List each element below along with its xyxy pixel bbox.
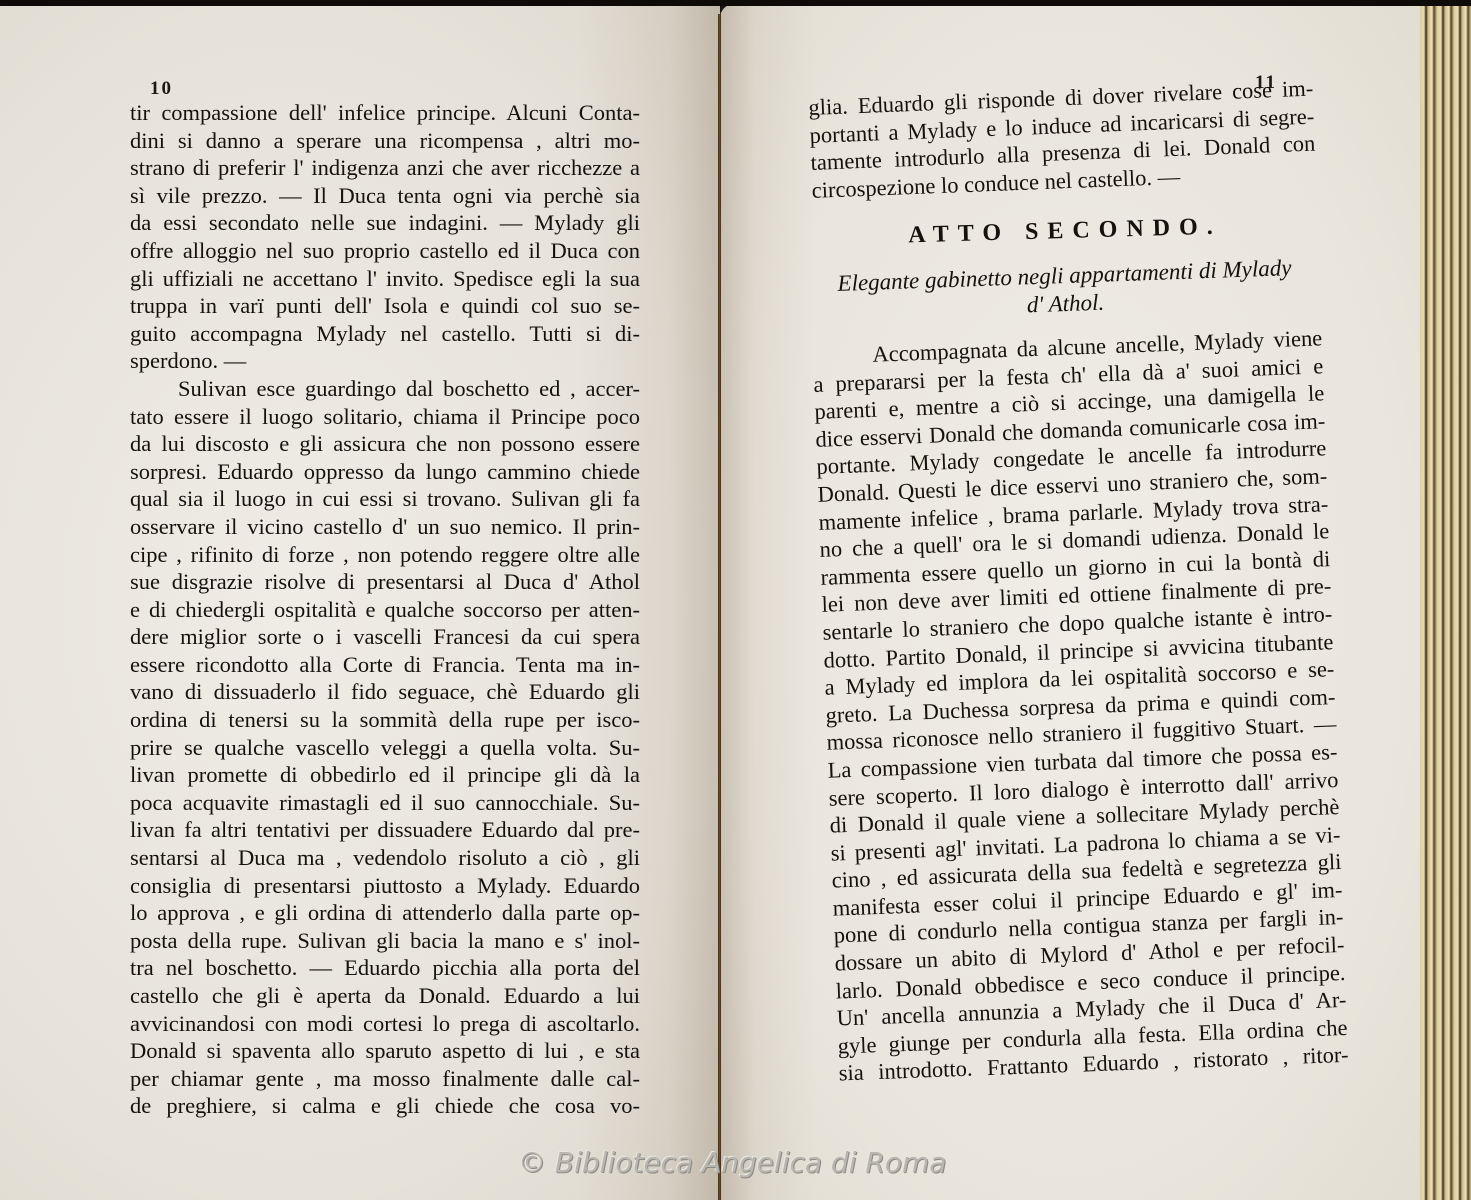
library-watermark: © Biblioteca Angelica di Roma — [518, 1146, 958, 1186]
text-line: sentarsi al Duca ma , vedendolo risoluto… — [130, 844, 640, 872]
text-line: vano di dissuaderlo il fido seguace, chè… — [130, 678, 640, 706]
text-line: prire se qualche vascello veleggi a quel… — [130, 734, 640, 762]
text-line: consiglia di presentarsi piuttosto a Myl… — [130, 872, 640, 900]
text-line: livan fa altri tentativi per dissuadere … — [130, 816, 640, 844]
scan-top-border — [0, 0, 1471, 6]
text-line: qual sia il luogo in cui essi si trovano… — [130, 485, 640, 513]
text-line: livan promette di obbedirlo ed il princi… — [130, 761, 640, 789]
text-line: gli uffiziali ne accettano l' invito. Sp… — [130, 265, 640, 293]
text-line: sue disgrazie risolve di presentarsi al … — [130, 568, 640, 596]
text-line: da essi secondato nelle sue indagini. — … — [130, 209, 640, 237]
text-line: avvicinandosi con modi cortesi lo prega … — [130, 1010, 640, 1038]
text-line: da lui discosto e gli assicura che non p… — [130, 430, 640, 458]
text-line: dini si danno a sperare una ricompensa ,… — [130, 127, 640, 155]
right-page-continuation: glia. Eduardo gli risponde di dover rive… — [808, 75, 1317, 205]
text-line: poca acquavite rimastagli ed il suo cann… — [130, 789, 640, 817]
text-line: posta della rupe. Sulivan gli bacia la m… — [130, 927, 640, 955]
text-line: sorpresi. Eduardo oppresso da lungo camm… — [130, 458, 640, 486]
right-page-body: Accompagnata da alcune ancelle, Mylady v… — [812, 324, 1349, 1087]
text-line: osservare il vicino castello d' un suo n… — [130, 513, 640, 541]
text-line: truppa in varï punti dell' Isola e quind… — [130, 292, 640, 320]
left-page-number: 10 — [150, 78, 173, 100]
text-line: guito accompagna Mylady nel castello. Tu… — [130, 320, 640, 348]
text-line: tato essere il luogo solitario, chiama i… — [130, 403, 640, 431]
text-line: Donald si spaventa allo sparuto aspetto … — [130, 1037, 640, 1065]
text-line: per chiamar gente , ma mosso finalmente … — [130, 1065, 640, 1093]
text-line: sperdono. — — [130, 347, 640, 375]
text-line: dere miglior sorte o i vascelli Francesi… — [130, 623, 640, 651]
text-line: strano di preferir l' indigenza anzi che… — [130, 154, 640, 182]
text-line: sì vile prezzo. — Il Duca tenta ogni via… — [130, 182, 640, 210]
book-spread: 10 11 tir compassione dell' infelice pri… — [0, 0, 1471, 1200]
text-line: castello che gli è aperta da Donald. Edu… — [130, 982, 640, 1010]
text-line: offre alloggio nel suo proprio castello … — [130, 237, 640, 265]
text-line: tir compassione dell' infelice principe.… — [130, 99, 640, 127]
page-fore-edge — [1420, 0, 1471, 1200]
text-line: e di chiedergli ospitalità e qualche soc… — [130, 596, 640, 624]
text-line: essere ricondotto alla Corte di Francia.… — [130, 651, 640, 679]
book-gutter — [718, 14, 721, 1200]
left-page-body: tir compassione dell' infelice principe.… — [130, 99, 640, 1120]
text-line: tra nel boschetto. — Eduardo picchia all… — [130, 954, 640, 982]
paragraph-start-line: Sulivan esce guardingo dal boschetto ed … — [130, 375, 640, 403]
text-line: cipe , rifinito di forze , non potendo r… — [130, 541, 640, 569]
text-line: de preghiere, si calma e gli chiede che … — [130, 1092, 640, 1120]
text-line: ordina di tenersi su la sommità della ru… — [130, 706, 640, 734]
text-line: lo approva , e gli ordina di attenderlo … — [130, 899, 640, 927]
